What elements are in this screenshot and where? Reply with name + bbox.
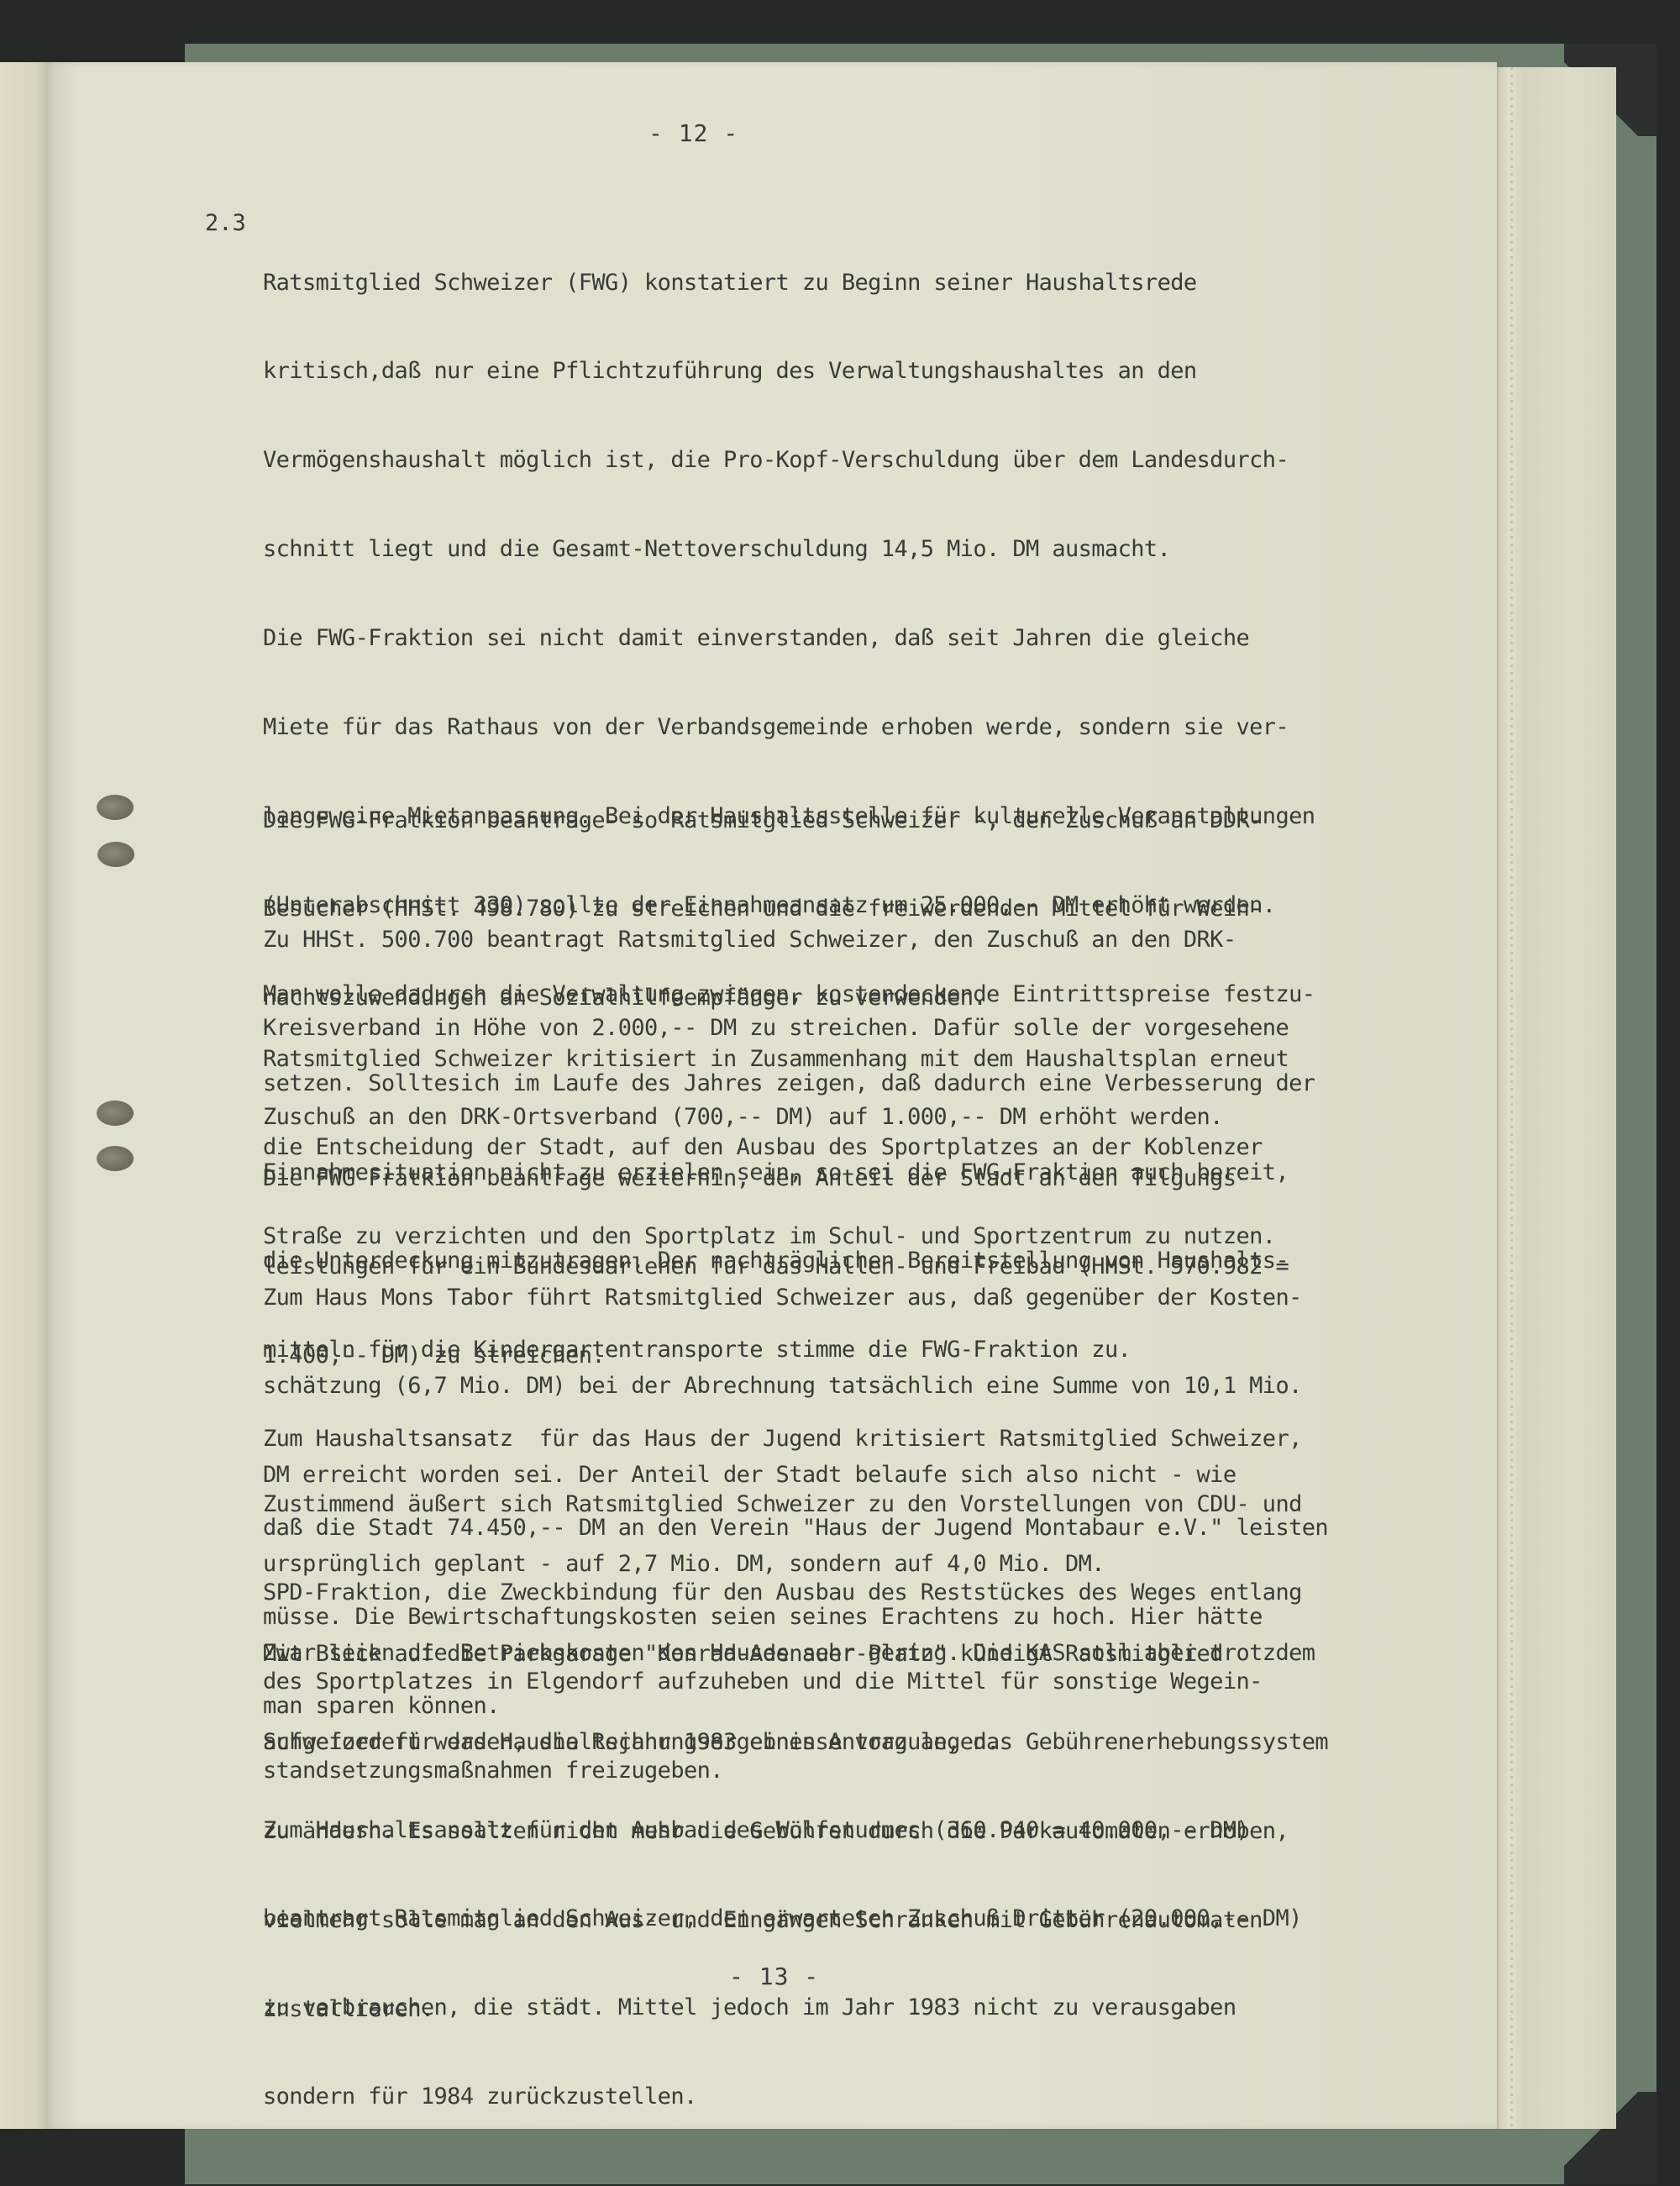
text-line: Schweizer für das Haushaltsjahr 1983 ein… [263, 1727, 1473, 1757]
text-line: Zum Haushaltsansatz für den Ausbau des W… [263, 1816, 1473, 1845]
text-line: Zum Haus Mons Tabor führt Ratsmitglied S… [263, 1283, 1473, 1312]
text-line: Zustimmend äußert sich Ratsmitglied Schw… [263, 1490, 1473, 1519]
text-line: zu verbrauchen, die städt. Mittel jedoch… [263, 1993, 1473, 2022]
page-number-header: - 12 - [648, 119, 738, 147]
text-line: Die FWG-Fratkion beantrage weiterhin, de… [263, 1164, 1473, 1193]
punch-hole [97, 842, 134, 867]
previous-page-edge [0, 62, 45, 2129]
text-line: Ratsmitglied Schweizer kritisiert in Zus… [263, 1044, 1473, 1074]
text-line: sondern für 1984 zurückzustellen. [263, 2082, 1473, 2111]
section-number: 2.3 [205, 208, 246, 238]
next-page-edge [1497, 67, 1616, 2129]
text-line: kritisch,daß nur eine Pflichtzuführung d… [263, 356, 1473, 386]
paragraph-9: Zum Haushaltsansatz für den Ausbau des W… [263, 1756, 1473, 2141]
text-line: beantragt Ratsmitglied Schweizer, den er… [263, 1904, 1473, 1933]
punch-hole [97, 1101, 134, 1126]
text-line: schätzung (6,7 Mio. DM) bei der Abrechnu… [263, 1371, 1473, 1400]
text-line: Die FWG-Fratkion beantrage- so Ratsmitgl… [263, 806, 1473, 835]
text-line: Ratsmitglied Schweizer (FWG) konstatiert… [263, 268, 1473, 297]
page-number-footer: - 13 - [729, 1963, 819, 1990]
text-line: schnitt liegt und die Gesamt-Nettoversch… [263, 534, 1473, 564]
text-line: Die FWG-Fraktion sei nicht damit einvers… [263, 623, 1473, 653]
text-line: Zu HHSt. 500.700 beantragt Ratsmitglied … [263, 925, 1473, 954]
text-line: Vermögenshaushalt möglich ist, die Pro-K… [263, 445, 1473, 475]
text-line: Mit Blick auf die Parkgarage "Konrad-Ade… [263, 1639, 1473, 1668]
punch-hole [97, 1146, 134, 1171]
page-fold-line [1510, 67, 1513, 2129]
text-line: Miete für das Rathaus von der Verbandsge… [263, 712, 1473, 742]
punch-hole [97, 795, 134, 820]
